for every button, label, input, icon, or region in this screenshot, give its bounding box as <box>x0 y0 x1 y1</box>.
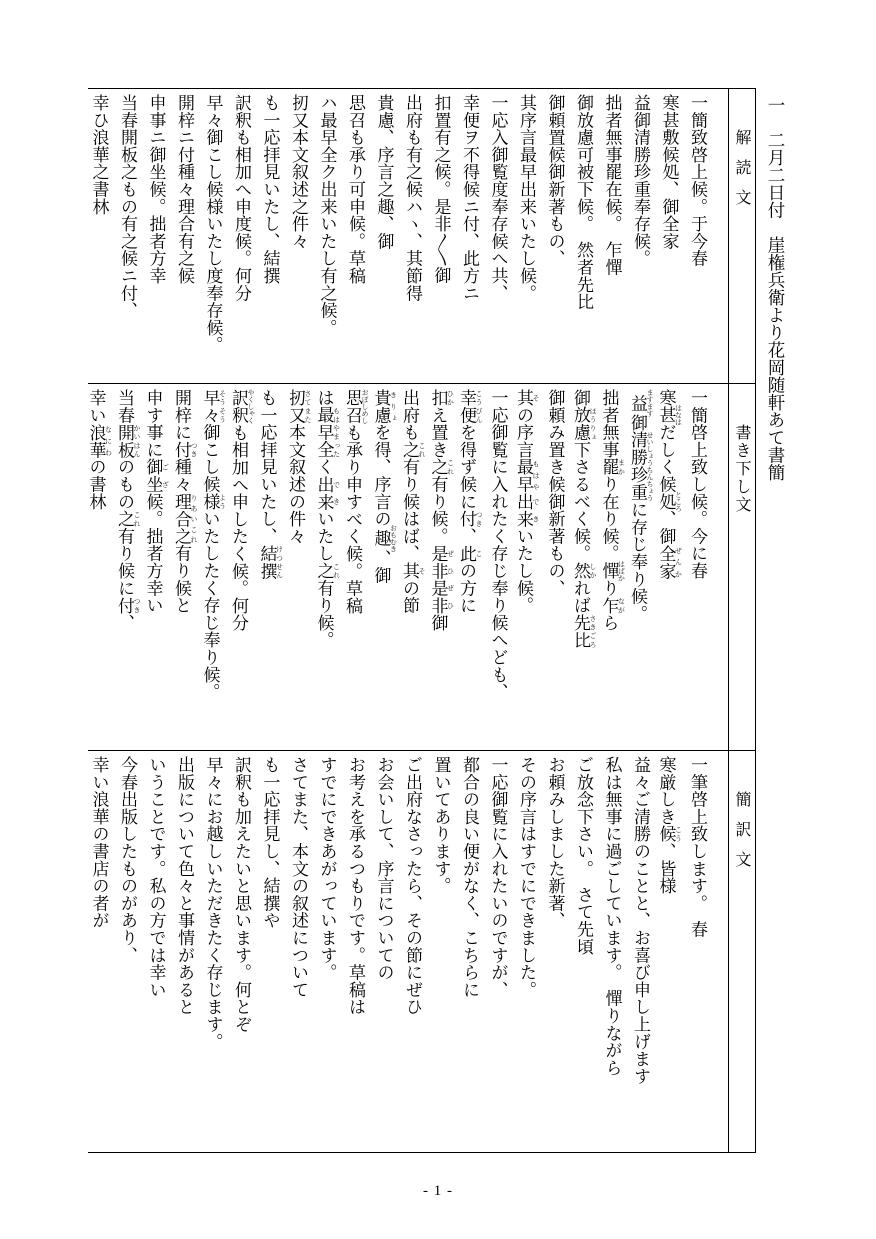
ruby-base: 付 <box>456 510 476 527</box>
text-segment: いたし <box>314 510 334 562</box>
ruby-base: 是非是非 <box>428 545 448 614</box>
text-column: 益御清勝珍重奉存候。 <box>626 94 655 383</box>
text-segment: 当春 <box>114 389 134 424</box>
ruby-annotated-text: 其そ <box>399 562 419 579</box>
ruby-reading: けつせん <box>276 545 284 580</box>
ruby-reading: ござ <box>162 458 170 493</box>
text-column: 一応御覧に入れたいのですが、 <box>483 756 512 1152</box>
text-column: も一応拝見いたし、結撰けつせん <box>255 389 284 750</box>
text-segment: の方に <box>456 562 476 614</box>
text-column: 一応入御覧度奉存候へ共、 <box>483 94 512 383</box>
section-label-translation: 簡訳文 <box>728 751 755 1152</box>
ruby-annotated-text: 結撰けつせん <box>257 545 277 580</box>
ruby-annotated-text: 最早もはや <box>513 458 533 493</box>
ruby-annotated-text: 開板かいはん <box>114 424 134 459</box>
text-segment: のもの <box>114 458 134 510</box>
ruby-base: 幸便 <box>456 389 476 424</box>
text-column: 其その序言最早もはや出来できいたし候。 <box>512 389 541 750</box>
ruby-annotated-text: 此こ <box>456 545 476 562</box>
text-segment: り在り候。 <box>599 476 619 563</box>
ruby-reading: ところ <box>675 491 683 512</box>
page-number: - 1 - <box>0 1183 876 1200</box>
text-column: 貴慮、序言之趣、御 <box>369 94 398 383</box>
ruby-base: 之 <box>314 562 334 579</box>
transcription-text: 一簡致啓上候。于今春寒甚敷候処、御全家益御清勝珍重奉存候。拙者無事罷在候。 乍憚… <box>88 89 728 383</box>
text-column: も一応拝見し、結撰や <box>255 756 284 1152</box>
text-column: 開梓ニ付種々理合有之候 <box>170 94 199 383</box>
text-segment: 有り候。 <box>428 476 448 545</box>
ruby-reading: おぼしめし <box>361 389 369 424</box>
text-column: 思召も承り可申候。草稿 <box>341 94 370 383</box>
ruby-annotated-text: 然しか <box>570 562 590 579</box>
ruby-reading: もはやまった <box>333 406 341 458</box>
section-row-translation: 一筆啓上致します。 春寒厳しき候こう、皆様益々ご清勝のことと、お喜び申し上げます… <box>88 751 755 1152</box>
text-segment: 有り候に <box>114 527 134 596</box>
ruby-annotated-text: 付つき <box>456 510 476 527</box>
ruby-annotated-text: 清勝珍重せいしょうちんちょう <box>627 431 647 501</box>
text-column: 益ますます御清勝珍重せいしょうちんちょうに存じ奉り候。 <box>626 389 655 750</box>
ruby-reading: そ <box>532 389 540 406</box>
ruby-reading: まか <box>618 458 626 475</box>
ruby-reading: つき <box>133 597 141 614</box>
text-segment: 幸い <box>86 389 106 424</box>
ruby-base: 候 <box>656 825 676 842</box>
text-column: 出版について色々と事情があると <box>170 756 199 1152</box>
text-segment: り <box>599 579 619 596</box>
text-segment: れば <box>570 579 590 614</box>
ruby-reading: かいはん <box>133 424 141 459</box>
text-segment: え置き <box>428 406 448 458</box>
ruby-reading: もはや <box>532 458 540 493</box>
text-column: 当春開板之もの有之候ニ付、 <box>113 94 142 383</box>
ruby-annotated-text: 憚はばか <box>599 562 619 579</box>
text-column: 一簡啓上致し候。今に春 <box>683 389 712 750</box>
ruby-base: 其 <box>399 562 419 579</box>
text-column: 扨又さてまた本文叙述の件々 <box>284 389 313 750</box>
text-column: 幸い浪華なにわの書林 <box>84 389 113 750</box>
text-segment: 種々 <box>171 458 191 493</box>
ruby-reading: ぜひぜひ <box>447 545 455 614</box>
ruby-reading: ぜんか <box>675 545 683 580</box>
text-segment: 一応御覧に入れたく存じ奉り候へども、 <box>488 389 508 700</box>
text-column: 私は無事に過ごしています。 憚りながら <box>597 756 626 1152</box>
ruby-annotated-text: 思召おぼしめし <box>342 389 362 424</box>
text-segment: 、御 <box>656 510 676 545</box>
ruby-annotated-text: 処ところ <box>656 493 676 510</box>
text-segment: も相加へ申したく候。何分 <box>228 424 248 632</box>
text-column: 御放慮可被下候。 然者先比 <box>569 94 598 383</box>
text-column: 一応御覧に入れたく存じ奉り候へども、 <box>483 389 512 750</box>
text-column: 扣置有之候。是非〳〵御 <box>426 94 455 383</box>
ruby-annotated-text: 浪華なにわ <box>86 424 106 459</box>
letter-title: 一 二月二日付 崖権兵衛より花岡随軒あて書簡 <box>765 96 785 481</box>
ruby-reading: これ <box>333 562 341 579</box>
text-segment: く <box>314 458 334 475</box>
ruby-reading: こ <box>475 545 483 562</box>
ruby-reading: なが <box>618 597 626 614</box>
text-column: 御頼置候御新著もの、 <box>540 94 569 383</box>
text-column: 扨又本文叙述之件々 <box>284 94 313 383</box>
ruby-reading: しか <box>589 562 597 579</box>
ruby-annotated-text: 理合之りあいこれ <box>171 493 191 545</box>
ruby-base: 甚 <box>656 404 676 425</box>
ruby-base: 之 <box>399 441 419 458</box>
text-column: その序言はすでにできました。 <box>512 756 541 1152</box>
text-column: お頼みしました新著、 <box>540 756 569 1152</box>
text-segment: 、皆様 <box>656 843 676 895</box>
text-column: 一筆啓上致します。 春 <box>683 756 712 1152</box>
text-column: 御放慮ほうりょ下さるべく候。然しかれば先比さきごろ <box>569 389 598 750</box>
text-segment: だしく候 <box>656 424 676 493</box>
ruby-base: 最早全 <box>314 406 334 458</box>
ruby-base: 最早 <box>513 458 533 493</box>
section-label-kakikudashi: 書き下し文 <box>728 384 755 750</box>
text-segment: 御 <box>570 389 590 406</box>
text-column: 寒厳しき候こう、皆様 <box>654 756 683 1152</box>
text-segment: の節 <box>399 579 419 614</box>
ruby-reading: やくしゃく <box>247 389 255 424</box>
text-column: 貴慮きりょを得、序言の趣おもむき、御 <box>369 389 398 750</box>
text-segment: 有り候はば、 <box>399 458 419 562</box>
text-segment: は <box>314 389 334 406</box>
text-segment: を得ず候に <box>456 424 476 511</box>
text-segment: の序言 <box>513 406 533 458</box>
ruby-base: 開板 <box>114 424 134 459</box>
ruby-reading: そ <box>418 562 426 579</box>
ruby-base: 此 <box>456 545 476 562</box>
ruby-reading: さきごろ <box>589 614 597 649</box>
ruby-annotated-text: 是非是非ぜひぜひ <box>428 545 448 614</box>
text-column: 当春開板かいはんのもの之これ有り候に付つき、 <box>113 389 142 750</box>
ruby-annotated-text: 先比さきごろ <box>570 614 590 649</box>
text-column: 思召おぼしめしも承り申すべく候。草稿 <box>341 389 370 750</box>
text-column: 寒甚はなはだしく候処ところ、御全家ぜんか <box>654 389 683 750</box>
ruby-base: 之 <box>428 458 448 475</box>
ruby-annotated-text: 全家ぜんか <box>656 545 676 580</box>
ruby-reading: さてまた <box>304 389 312 424</box>
ruby-base: 訳釈 <box>228 389 248 424</box>
ruby-base: 乍 <box>599 597 619 614</box>
ruby-reading: はばか <box>618 560 626 581</box>
ruby-reading: つき <box>475 510 483 527</box>
text-column: 御頼み置き候御新著もの、 <box>540 389 569 750</box>
text-segment: 申す事に <box>143 389 163 458</box>
ruby-base: 付 <box>171 441 191 458</box>
text-column: 寒甚敷候処、御全家 <box>654 94 683 383</box>
text-segment: 一簡啓上致し候。今に春 <box>687 389 707 579</box>
ruby-reading: でき <box>532 493 540 528</box>
text-segment: に存じ奉り候。 <box>627 501 647 622</box>
text-column: いうことです。私の方では幸い <box>141 756 170 1152</box>
ruby-annotated-text: 様よう <box>200 493 220 510</box>
text-segment: 御 <box>627 414 647 431</box>
text-column: 其序言最早出来いたし候。 <box>512 94 541 383</box>
text-column: 幸ひ浪華之書林 <box>84 94 113 383</box>
text-column: 出府も有之候ハヽ、其節得 <box>398 94 427 383</box>
ruby-reading: きりょ <box>390 389 398 424</box>
ruby-base: 扣 <box>428 389 448 406</box>
text-column: 幸い浪華の書店の者が <box>84 756 113 1152</box>
ruby-reading: でき <box>333 476 341 511</box>
text-column: ハ最早全ク出来いたし有之候。 <box>312 94 341 383</box>
ruby-reading: つき <box>190 441 198 458</box>
text-column: 早々にお越しいただきたく存じます。 <box>198 756 227 1152</box>
text-segment: の書林 <box>86 458 106 510</box>
text-column: 益々ご清勝のことと、お喜び申し上げます <box>626 756 655 1152</box>
ruby-base: 先比 <box>570 614 590 649</box>
text-segment: 、 <box>114 614 134 631</box>
ruby-base: 付 <box>114 597 134 614</box>
text-segment: いたしたく存じ奉り候。 <box>200 510 220 700</box>
text-segment: いたし候。 <box>513 527 533 614</box>
ruby-annotated-text: 之これ <box>314 562 334 579</box>
text-column: 申す事に御坐ござ候。拙者方幸い <box>141 389 170 750</box>
ruby-reading: これ <box>418 441 426 458</box>
text-column: は最早全もはやまったく出来できいたし之これ有り候。 <box>312 389 341 750</box>
text-column: 扣ひかえ置き之これ有り候。是非是非ぜひぜひ御 <box>426 389 455 750</box>
text-column: 訳釈も相加へ申度候。何分 <box>227 94 256 383</box>
text-segment: 寒厳しき <box>656 756 676 825</box>
text-column: 訳釈やくしゃくも相加へ申したく候。何分 <box>227 389 256 750</box>
ruby-annotated-text: 御坐ござ <box>143 458 163 493</box>
text-segment: 御 <box>428 614 448 631</box>
text-column: 一簡致啓上候。于今春 <box>683 94 712 383</box>
ruby-annotated-text: 放慮ほうりょ <box>570 406 590 441</box>
ruby-annotated-text: 罷まか <box>599 458 619 475</box>
ruby-base: 其 <box>513 389 533 406</box>
text-column: お会いして、序言についての <box>369 756 398 1152</box>
text-column: 早々そうそう御こし候様よういたしたく存じ奉り候。 <box>198 389 227 750</box>
ruby-annotated-text: 付つき <box>114 597 134 614</box>
ruby-reading: おもむき <box>390 524 398 552</box>
text-column: 開梓に付つき種々理合之りあいこれ有り候と <box>170 389 199 750</box>
transcription-table: 一簡致啓上候。于今春寒甚敷候処、御全家益御清勝珍重奉存候。拙者無事罷在候。 乍憚… <box>88 88 756 1153</box>
text-segment: 拙者無事 <box>599 389 619 458</box>
ruby-base: 貴慮 <box>371 389 391 424</box>
ruby-base: 早々 <box>200 389 220 424</box>
ruby-annotated-text: 貴慮きりょ <box>371 389 391 424</box>
ruby-annotated-text: 之これ <box>114 510 134 527</box>
ruby-annotated-text: 早々そうそう <box>200 389 220 424</box>
ruby-annotated-text: 候こう <box>656 825 676 842</box>
text-column: ご放念下さい。 さて先頃 <box>569 756 598 1152</box>
ruby-reading: そうそう <box>219 389 227 424</box>
ruby-reading: こう <box>675 825 683 842</box>
ruby-annotated-text: 出来でき <box>513 493 533 528</box>
section-row-transcription: 一簡致啓上候。于今春寒甚敷候処、御全家益御清勝珍重奉存候。拙者無事罷在候。 乍憚… <box>88 89 755 384</box>
text-column: 訳釈も加えたいと思います。何とぞ <box>227 756 256 1152</box>
ruby-reading: これ <box>447 458 455 475</box>
ruby-base: 御坐 <box>143 458 163 493</box>
ruby-annotated-text: 乍なが <box>599 597 619 614</box>
text-column: 拙者無事罷まかり在り候。憚はばかり乍ながら <box>597 389 626 750</box>
text-column: 幸便こうびんを得ず候に付つき、此この方に <box>455 389 484 750</box>
ruby-base: 理合之 <box>171 493 191 545</box>
text-column: 早々御こし候様いたし度奉存候。 <box>198 94 227 383</box>
ruby-base: 出来 <box>314 476 334 511</box>
translation-text: 一筆啓上致します。 春寒厳しき候こう、皆様益々ご清勝のことと、お喜び申し上げます… <box>88 751 728 1152</box>
text-segment: 本文叙述の件々 <box>285 424 305 545</box>
ruby-reading: ひか <box>447 389 455 406</box>
text-segment: 、御 <box>371 549 391 584</box>
ruby-base: 清勝珍重 <box>627 431 647 501</box>
ruby-annotated-text: 訳釈やくしゃく <box>228 389 248 424</box>
text-column: 出府も之これ有り候はば、其その節 <box>398 389 427 750</box>
ruby-annotated-text: 其そ <box>513 389 533 406</box>
ruby-annotated-text: 益ますます <box>627 389 647 414</box>
text-segment: を得、序言の <box>371 424 391 528</box>
ruby-base: 然 <box>570 562 590 579</box>
ruby-annotated-text: 扣ひか <box>428 389 448 406</box>
ruby-reading: ますます <box>646 389 654 417</box>
text-column: 申事ニ御坐候。拙者方幸 <box>141 94 170 383</box>
ruby-base: 処 <box>656 491 676 512</box>
text-segment: も一応拝見いたし、 <box>257 389 277 545</box>
ruby-base: 出来 <box>513 493 533 528</box>
ruby-reading: なにわ <box>105 424 113 459</box>
ruby-annotated-text: 幸便こうびん <box>456 389 476 424</box>
text-column: ご出府なさったら、その節にぜひ <box>398 756 427 1152</box>
text-segment: も承り申すべく候。草稿 <box>342 424 362 614</box>
text-segment: 有り候。 <box>314 579 334 648</box>
section-label-transcription: 解読文 <box>728 89 755 383</box>
ruby-base: 全家 <box>656 545 676 580</box>
ruby-annotated-text: 甚はなは <box>656 406 676 423</box>
ruby-annotated-text: 之これ <box>399 441 419 458</box>
ruby-base: 罷 <box>599 458 619 475</box>
ruby-annotated-text: 扨又さてまた <box>285 389 305 424</box>
text-column: 拙者無事罷在候。 乍憚 <box>597 94 626 383</box>
ruby-base: 扨又 <box>285 389 305 424</box>
ruby-annotated-text: 最早全もはやまった <box>314 406 334 458</box>
ruby-base: 思召 <box>342 389 362 424</box>
text-column: すでにできあがっています。 <box>312 756 341 1152</box>
ruby-reading: よう <box>219 493 227 510</box>
ruby-annotated-text: 之これ <box>428 458 448 475</box>
text-column: 都合の良い便がなく、こちらに <box>455 756 484 1152</box>
text-segment: ら <box>599 614 619 631</box>
text-column: 今春出版したものがあり、 <box>113 756 142 1152</box>
ruby-base: 様 <box>200 493 220 510</box>
ruby-reading: せいしょうちんちょう <box>646 431 654 501</box>
ruby-annotated-text: 付つき <box>171 441 191 458</box>
text-column: も一応拝見いたし、結撰 <box>255 94 284 383</box>
ruby-annotated-text: 出来でき <box>314 476 334 511</box>
text-segment: 開梓に <box>171 389 191 441</box>
text-column: さてまた、本文の叙述について <box>284 756 313 1152</box>
ruby-reading: はなは <box>675 404 683 425</box>
text-column: 幸便ヲ不得候ニ付、此方ニ <box>455 94 484 383</box>
ruby-base: 結撰 <box>257 545 277 580</box>
text-segment: 御こし候 <box>200 424 220 493</box>
kakikudashi-text: 一簡啓上致し候。今に春寒甚はなはだしく候処ところ、御全家ぜんか益ますます御清勝珍… <box>88 384 728 750</box>
text-column: お考えを承るつもりです。草稿は <box>341 756 370 1152</box>
ruby-reading: これ <box>133 510 141 527</box>
ruby-base: 放慮 <box>570 406 590 441</box>
ruby-reading: ほうりょ <box>589 406 597 441</box>
text-column: 置いてあります。 <box>426 756 455 1152</box>
section-row-kakikudashi: 一簡啓上致し候。今に春寒甚はなはだしく候処ところ、御全家ぜんか益ますます御清勝珍… <box>88 384 755 751</box>
ruby-reading: こうびん <box>475 389 483 424</box>
text-segment: 、 <box>456 527 476 544</box>
ruby-base: 之 <box>114 510 134 527</box>
text-segment: 下さるべく候。 <box>570 441 590 562</box>
ruby-base: 浪華 <box>86 424 106 459</box>
ruby-annotated-text: 趣おもむき <box>371 527 391 549</box>
ruby-reading: りあいこれ <box>190 493 198 545</box>
ruby-base: 益 <box>627 389 647 417</box>
text-segment: 候。拙者方幸い <box>143 493 163 614</box>
text-segment: 御頼み置き候御新著もの、 <box>545 389 565 597</box>
text-segment: 出府も <box>399 389 419 441</box>
text-segment: 有り候と <box>171 545 191 614</box>
